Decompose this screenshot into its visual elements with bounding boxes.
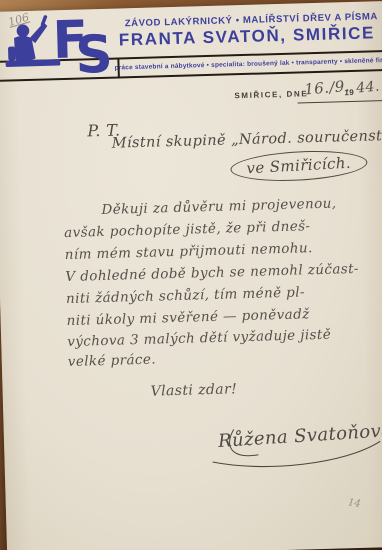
- monogram-letter-s: S: [75, 25, 114, 80]
- body-line: výchova 3 malých dětí vyžaduje jistě: [67, 327, 331, 350]
- body-line: avšak pochopíte jistě, že při dneš-: [64, 218, 311, 241]
- signature-block: Růžena Svatoňová.: [203, 411, 382, 476]
- body-line: velké práce.: [68, 352, 157, 370]
- painter-silhouette-icon: F S: [0, 7, 114, 80]
- services-strip: práce stavební a nábytkové • specialita:…: [117, 50, 382, 79]
- pencil-annotation-bottom-right: 14: [347, 497, 361, 510]
- letter-paper: 106 F S ZÁVOD LAKÝRNICKÝ • MALÍŘSTVÍ DŘE…: [0, 1, 382, 550]
- addressee-place: ve Smiřicích.: [246, 154, 351, 178]
- body-line: niti žádných schůzí, tím méně pl-: [66, 284, 305, 307]
- addressee-place-oval: ve Smiřicích.: [230, 150, 367, 183]
- dateline-handwritten-year: 44.: [356, 78, 381, 96]
- dateline-underline: [298, 100, 382, 103]
- dateline-printed-place: SMIŘICE, DNE: [234, 89, 308, 100]
- body-line: niti úkoly mi svěřené — poněvadž: [66, 306, 309, 329]
- closing: Vlasti zdar!: [150, 381, 237, 399]
- photo-of-letter: 106 F S ZÁVOD LAKÝRNICKÝ • MALÍŘSTVÍ DŘE…: [0, 0, 382, 550]
- letterhead-logo: F S: [0, 7, 114, 80]
- body-line: Děkuji za důvěru mi projevenou,: [101, 195, 336, 218]
- dateline-printed-year-prefix: 19: [344, 88, 354, 97]
- services-text: práce stavební a nábytkové • specialita:…: [114, 57, 382, 72]
- addressee-line: Místní skupině „Národ. souručenství“: [112, 128, 382, 152]
- body-line: ním mém stavu přijmouti nemohu.: [65, 240, 313, 263]
- body-line: V dohledné době bych se nemohl zúčast-: [65, 261, 359, 285]
